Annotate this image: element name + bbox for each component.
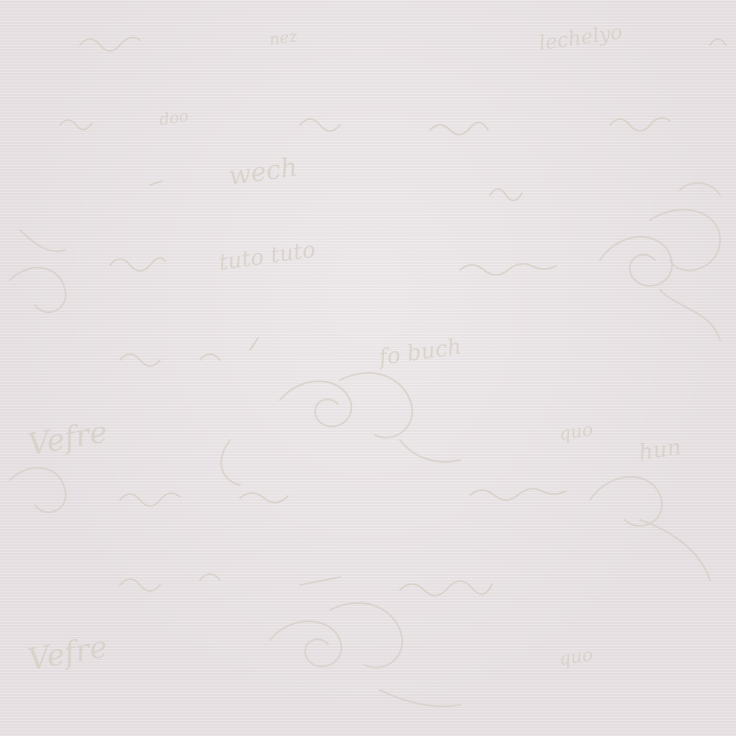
textured-wallpaper-swatch: lechelyo nez doo wech tuto tuto fo buch … bbox=[0, 0, 736, 736]
script-fragment: fo buch bbox=[375, 335, 463, 372]
script-fragment: Vefre bbox=[25, 415, 110, 463]
script-fragment: quo bbox=[558, 644, 595, 670]
script-pattern-overlay: lechelyo nez doo wech tuto tuto fo buch … bbox=[0, 0, 736, 736]
script-fragment: nez bbox=[268, 26, 299, 49]
script-fragment: wech bbox=[227, 153, 299, 192]
script-writing: lechelyo nez doo wech tuto tuto fo buch … bbox=[25, 20, 683, 678]
script-fragment: doo bbox=[158, 106, 190, 129]
script-fragment: quo bbox=[558, 419, 595, 445]
script-fragment: Vefre bbox=[25, 630, 110, 678]
flourish-ornaments bbox=[10, 183, 720, 706]
script-fragment: tuto tuto bbox=[217, 238, 317, 276]
script-fragment: lechelyo bbox=[537, 20, 623, 55]
script-fragment: hun bbox=[637, 435, 683, 466]
